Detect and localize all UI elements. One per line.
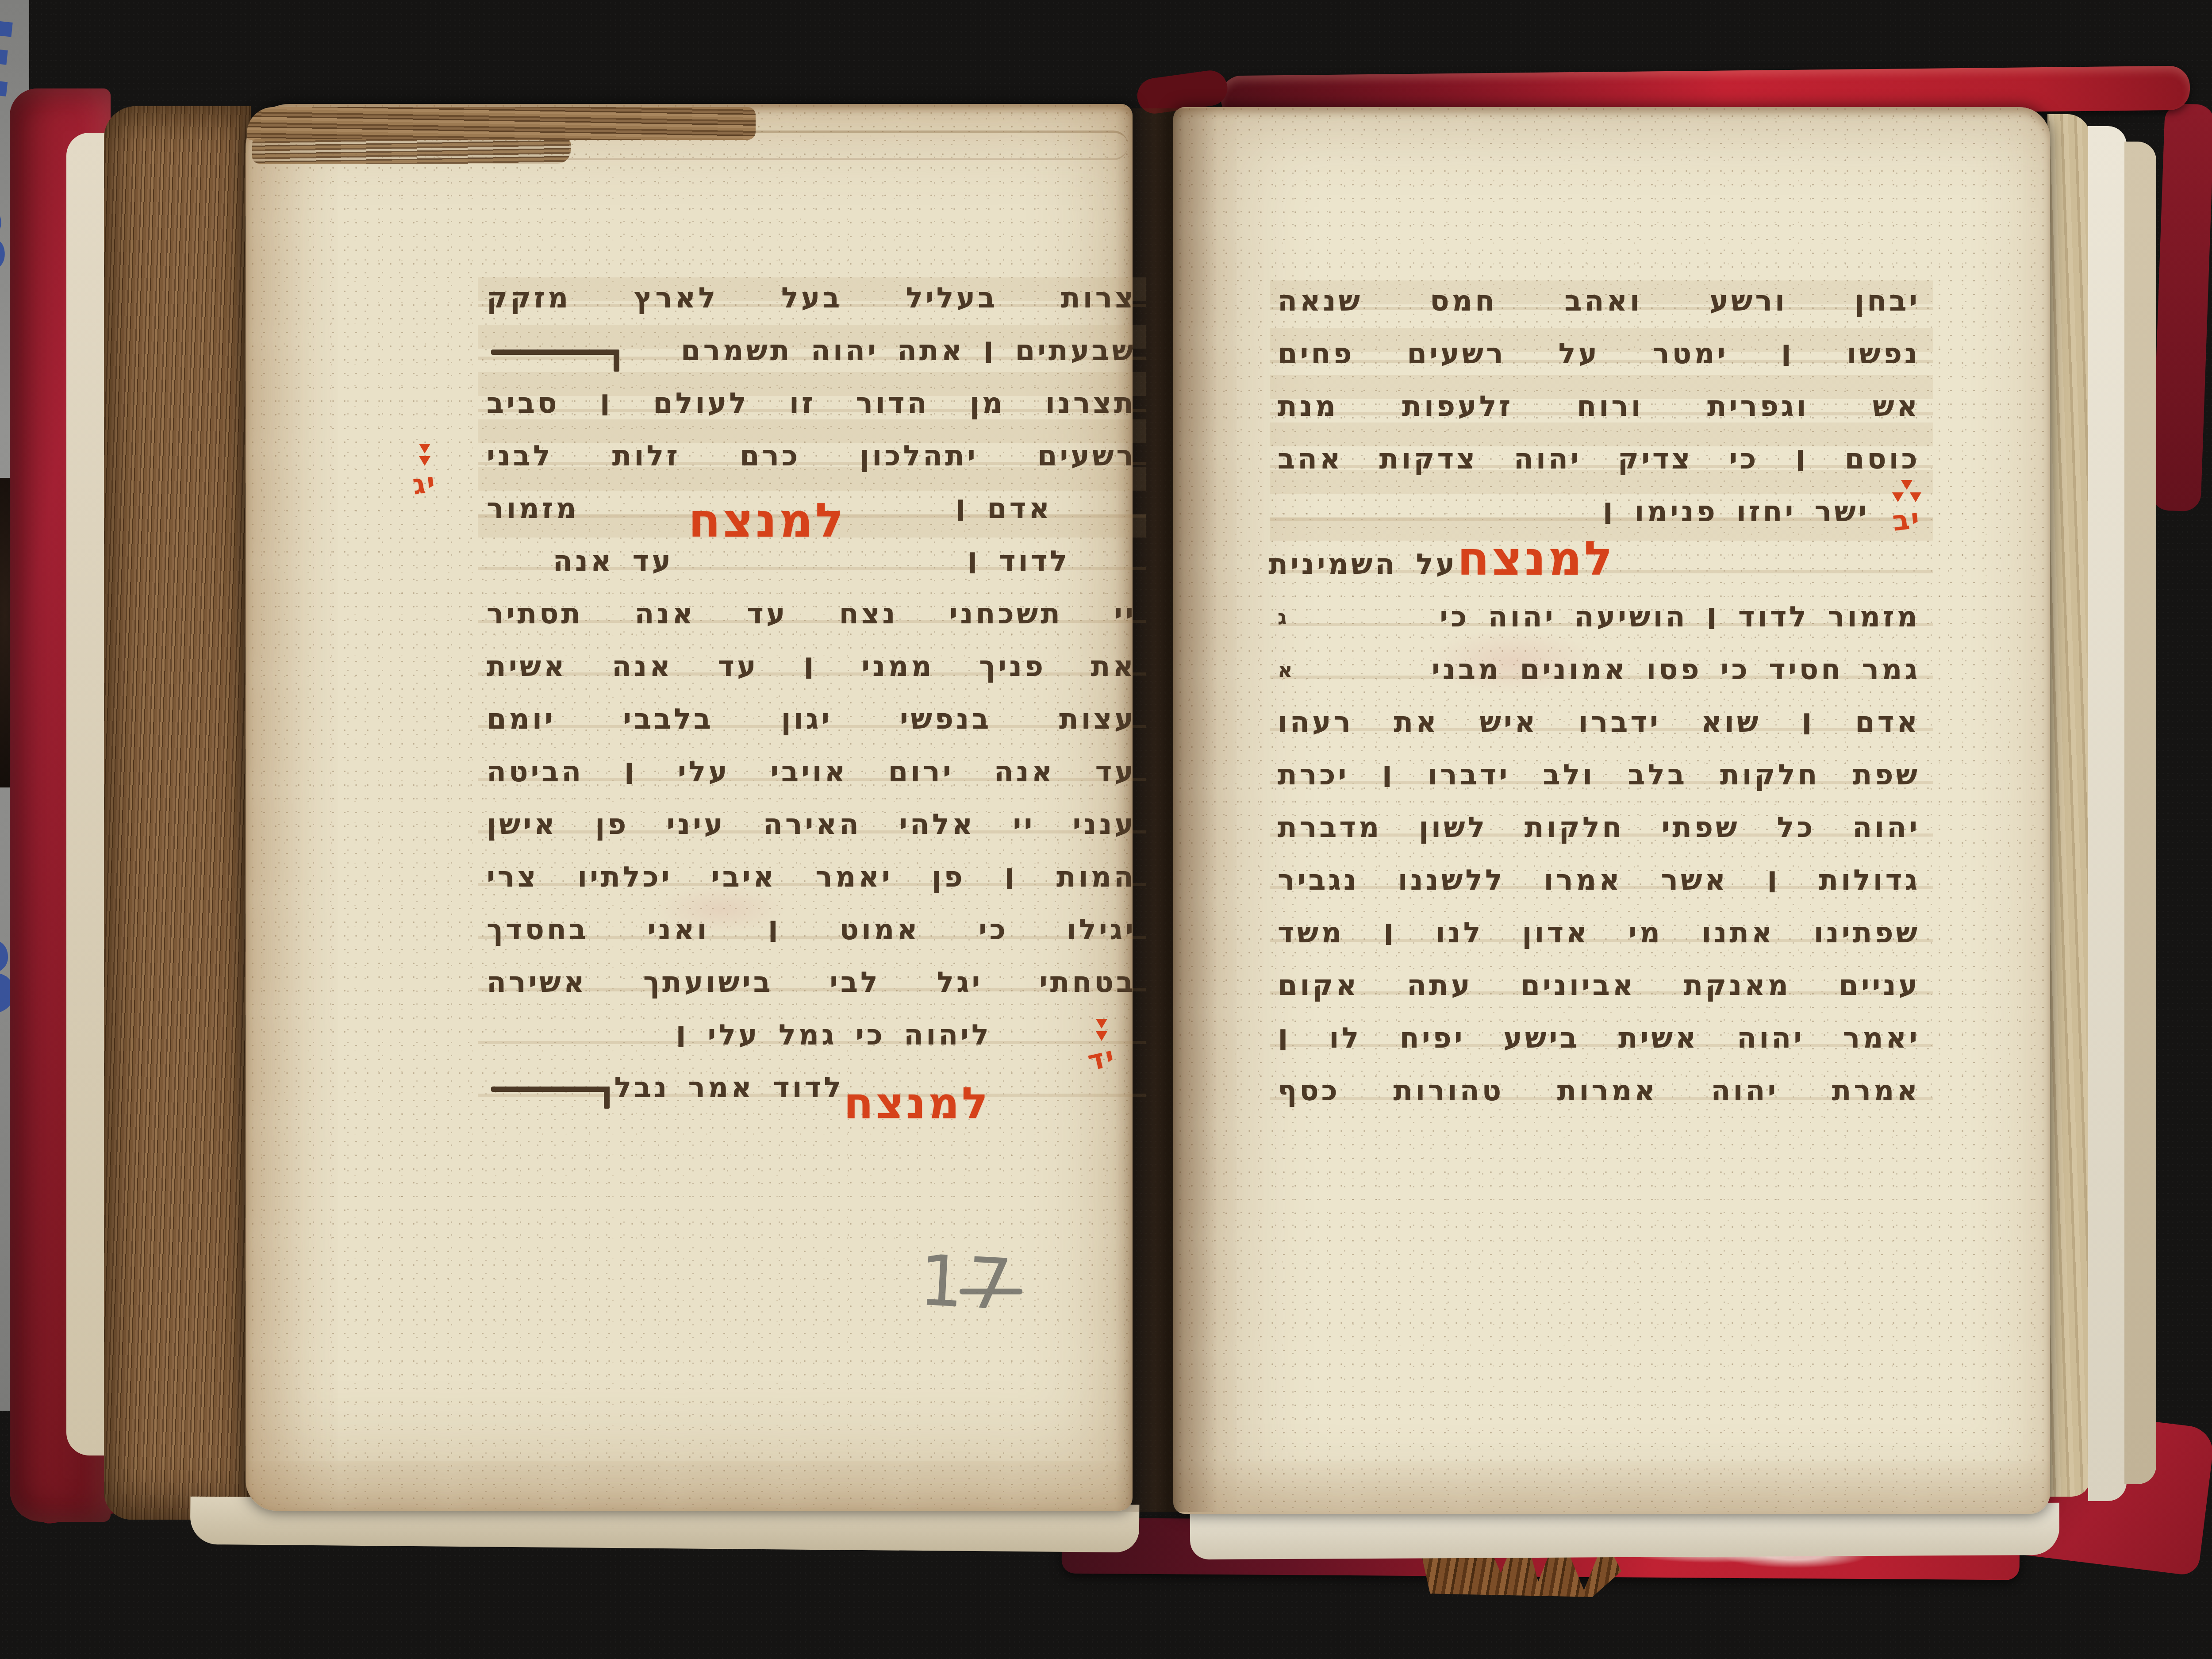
manuscript-text-line: יבחן ורשע ואהב חמס שנאה — [1278, 275, 1920, 328]
manuscript-text-line: אדם ׀למנצחמזמור — [487, 483, 1136, 535]
text-segment: ענני יי אלהי האירה עיני פן אישן — [487, 808, 1136, 841]
manuscript-text-line: ישר יחזו פנימו ׀ — [1278, 486, 1920, 538]
manuscript-text-line: רשעים יתהלכון כרם זלות לבני — [487, 430, 1136, 483]
text-segment: לדוד אמר נבל — [614, 1062, 844, 1114]
psalm-number-letters: יב — [1891, 502, 1923, 537]
text-segment: שבעתים ׀ אתה יהוה תשמרם — [681, 325, 1136, 377]
text-segment: עד אנה ירום אויבי עלי ׀ הביטה — [487, 756, 1136, 788]
manuscript-text-line: יהוה כל שפתי חלקות לשון מדברת — [1278, 802, 1920, 854]
manuscript-text-line: עד אנה ירום אויבי עלי ׀ הביטה — [487, 746, 1136, 799]
text-segment: אדם ׀ שוא ידברו איש את רעהו — [1278, 706, 1920, 739]
text-segment: יגילו כי אמוט ׀ ואני בחסדך — [487, 914, 1136, 946]
manuscript-text-line: יגילו כי אמוט ׀ ואני בחסדך — [487, 904, 1136, 956]
rubrication-flourish-icon — [419, 456, 430, 466]
catchword-letter: ג — [1278, 591, 1290, 644]
text-segment: יאמר יהוה אשית בישע יפיח לו ׀ — [1278, 1022, 1920, 1055]
line-filler-stroke — [487, 338, 624, 365]
text-block-left-page: צרות בעליל בעל לארץ מזקקשבעתים ׀ אתה יהו… — [487, 272, 1136, 1114]
manuscript-text-line: יאמר יהוה אשית בישע יפיח לו ׀ — [1278, 1012, 1920, 1065]
manuscript-text-line: תצרנו מן הדור זו לעולם ׀ סביב — [487, 377, 1136, 430]
manuscript-text-line: ליהוה כי גמל עלי ׀ — [487, 1009, 1136, 1062]
text-segment: צרות בעליל בעל לארץ מזקק — [487, 282, 1136, 315]
rubrication-flourish-icon — [1901, 480, 1912, 490]
manuscript-text-line: עצות בנפשי יגון בלבבי יומם — [487, 693, 1136, 746]
line-filler-stroke — [487, 1075, 614, 1102]
psalm-number-letters: יד — [1084, 1040, 1119, 1077]
text-segment: אדם ׀ — [955, 483, 1052, 535]
text-segment: גדולות ׀ אשר אמרו ללשננו נגביר — [1278, 864, 1920, 897]
manuscript-text-line: בטחתי יגל לבי בישועתך אשירה — [487, 956, 1136, 1009]
text-segment: רשעים יתהלכון כרם זלות לבני — [487, 440, 1136, 472]
text-segment: גמר חסיד כי פסו אמונים מבני — [1432, 644, 1920, 696]
psalm-number-marginal-mark: יב — [1878, 479, 1935, 536]
rubrication-flourish-icon — [419, 444, 430, 453]
manuscript-text-line: נפשו ׀ ימטר על רשעים פחים — [1278, 328, 1920, 380]
text-segment: על השמינית — [1268, 538, 1457, 591]
text-segment: יהוה כל שפתי חלקות לשון מדברת — [1278, 811, 1920, 844]
rubrication-flourish-icon — [1096, 1019, 1107, 1029]
red-leather-cover-right — [2151, 103, 2212, 511]
rubric-word: למנצח — [1457, 532, 1615, 585]
manuscript-text-line: את פניך ממני ׀ עד אנה אשית — [487, 641, 1136, 693]
manuscript-photo: E 8 3 8 צרות בעליל בעל לארץ מזקקשבעתים ׀… — [0, 0, 2212, 1659]
parchment-leaf-edges-stack — [104, 106, 251, 1520]
manuscript-text-line: שפת חלקות בלב ולב ידברו ׀ יכרת — [1278, 749, 1920, 802]
text-segment: ישר יחזו פנימו ׀ — [1602, 495, 1869, 528]
text-segment: לדוד ׀ — [967, 535, 1070, 588]
text-segment: נפשו ׀ ימטר על רשעים פחים — [1278, 338, 1920, 370]
text-segment: בטחתי יגל לבי בישועתך אשירה — [487, 966, 1136, 999]
pencil-seven-crossbar — [960, 1289, 1022, 1294]
manuscript-text-line: עניים מאנקת אביונים עתה אקום — [1278, 960, 1920, 1012]
manuscript-text-line: אדם ׀ שוא ידברו איש את רעהו — [1278, 696, 1920, 749]
manuscript-text-line: המות ׀ פן יאמר איבי יכלתיו צרי — [487, 851, 1136, 904]
text-segment: מזמור לדוד ׀ הושיעה יהוה כי — [1440, 591, 1920, 644]
text-segment: תצרנו מן הדור זו לעולם ׀ סביב — [487, 387, 1136, 420]
text-segment: עצות בנפשי יגון בלבבי יומם — [487, 703, 1136, 736]
manuscript-text-line: כוסם ׀ כי צדיק יהוה צדקות אהב — [1278, 433, 1920, 486]
text-segment: שפתינו אתנו מי אדון לנו ׀ משד — [1278, 917, 1920, 949]
text-segment: אש וגפרית ורוח זלעפות מנת — [1278, 390, 1920, 423]
manuscript-text-line: גמר חסיד כי פסו אמונים מבניא — [1278, 644, 1920, 696]
manuscript-text-line: אמרת יהוה אמרות טהורות כסף — [1278, 1065, 1920, 1118]
psalm-number-marginal-mark: יד — [1073, 1018, 1130, 1075]
manuscript-text-line: צרות בעליל בעל לארץ מזקק — [487, 272, 1136, 325]
flyleaf-edge-right — [2088, 126, 2127, 1501]
rubrication-flourish-icon — [1892, 492, 1904, 502]
manuscript-text-line: אש וגפרית ורוח זלעפות מנת — [1278, 380, 1920, 433]
rubric-word: למנצח — [844, 1078, 990, 1130]
manuscript-text-line: גדולות ׀ אשר אמרו ללשננו נגביר — [1278, 854, 1920, 907]
page-edge-band — [2124, 142, 2156, 1484]
rubric-word: למנצח — [688, 494, 846, 547]
rubrication-flourish-icon — [1910, 492, 1921, 502]
pencil-folio-number: 17 — [917, 1240, 1017, 1326]
text-segment: יבחן ורשע ואהב חמס שנאה — [1278, 285, 1920, 318]
leaf-edges-top — [247, 107, 756, 140]
manuscript-text-line: יי תשכחני נצח עד אנה תסתיר — [487, 588, 1136, 641]
manuscript-text-line: מזמור לדוד ׀ הושיעה יהוה כיג — [1278, 591, 1920, 644]
rubrication-flourish-icon — [1096, 1031, 1107, 1041]
catchword-letter: א — [1278, 644, 1295, 696]
text-segment: המות ׀ פן יאמר איבי יכלתיו צרי — [487, 861, 1136, 894]
text-segment: עד אנה — [553, 535, 673, 588]
manuscript-text-line: שפתינו אתנו מי אדון לנו ׀ משד — [1278, 907, 1920, 960]
text-segment: עניים מאנקת אביונים עתה אקום — [1278, 969, 1920, 1002]
text-segment: כוסם ׀ כי צדיק יהוה צדקות אהב — [1278, 443, 1920, 476]
text-segment: את פניך ממני ׀ עד אנה אשית — [487, 650, 1136, 683]
pencil-number-text: 17 — [917, 1240, 1017, 1326]
manuscript-text-line: למנצחעל השמינית — [1278, 538, 1920, 591]
text-segment: ליהוה כי גמל עלי ׀ — [676, 1019, 991, 1052]
page-edge-band — [2047, 114, 2090, 1497]
text-block-right-page: יבחן ורשע ואהב חמס שנאהנפשו ׀ ימטר על רש… — [1278, 275, 1920, 1118]
psalm-number-letters: יג — [411, 466, 438, 501]
text-segment: מזמור — [487, 483, 579, 535]
psalm-number-marginal-mark: יג — [396, 442, 453, 499]
text-segment: יי תשכחני נצח עד אנה תסתיר — [487, 598, 1136, 630]
text-segment: אמרת יהוה אמרות טהורות כסף — [1278, 1075, 1920, 1107]
manuscript-text-line: שבעתים ׀ אתה יהוה תשמרם — [487, 325, 1136, 377]
manuscript-text-line: ענני יי אלהי האירה עיני פן אישן — [487, 799, 1136, 851]
leaf-edges-top — [252, 139, 571, 164]
text-segment: שפת חלקות בלב ולב ידברו ׀ יכרת — [1278, 759, 1920, 791]
manuscript-text-line: למנצחלדוד אמר נבל — [487, 1062, 1136, 1114]
